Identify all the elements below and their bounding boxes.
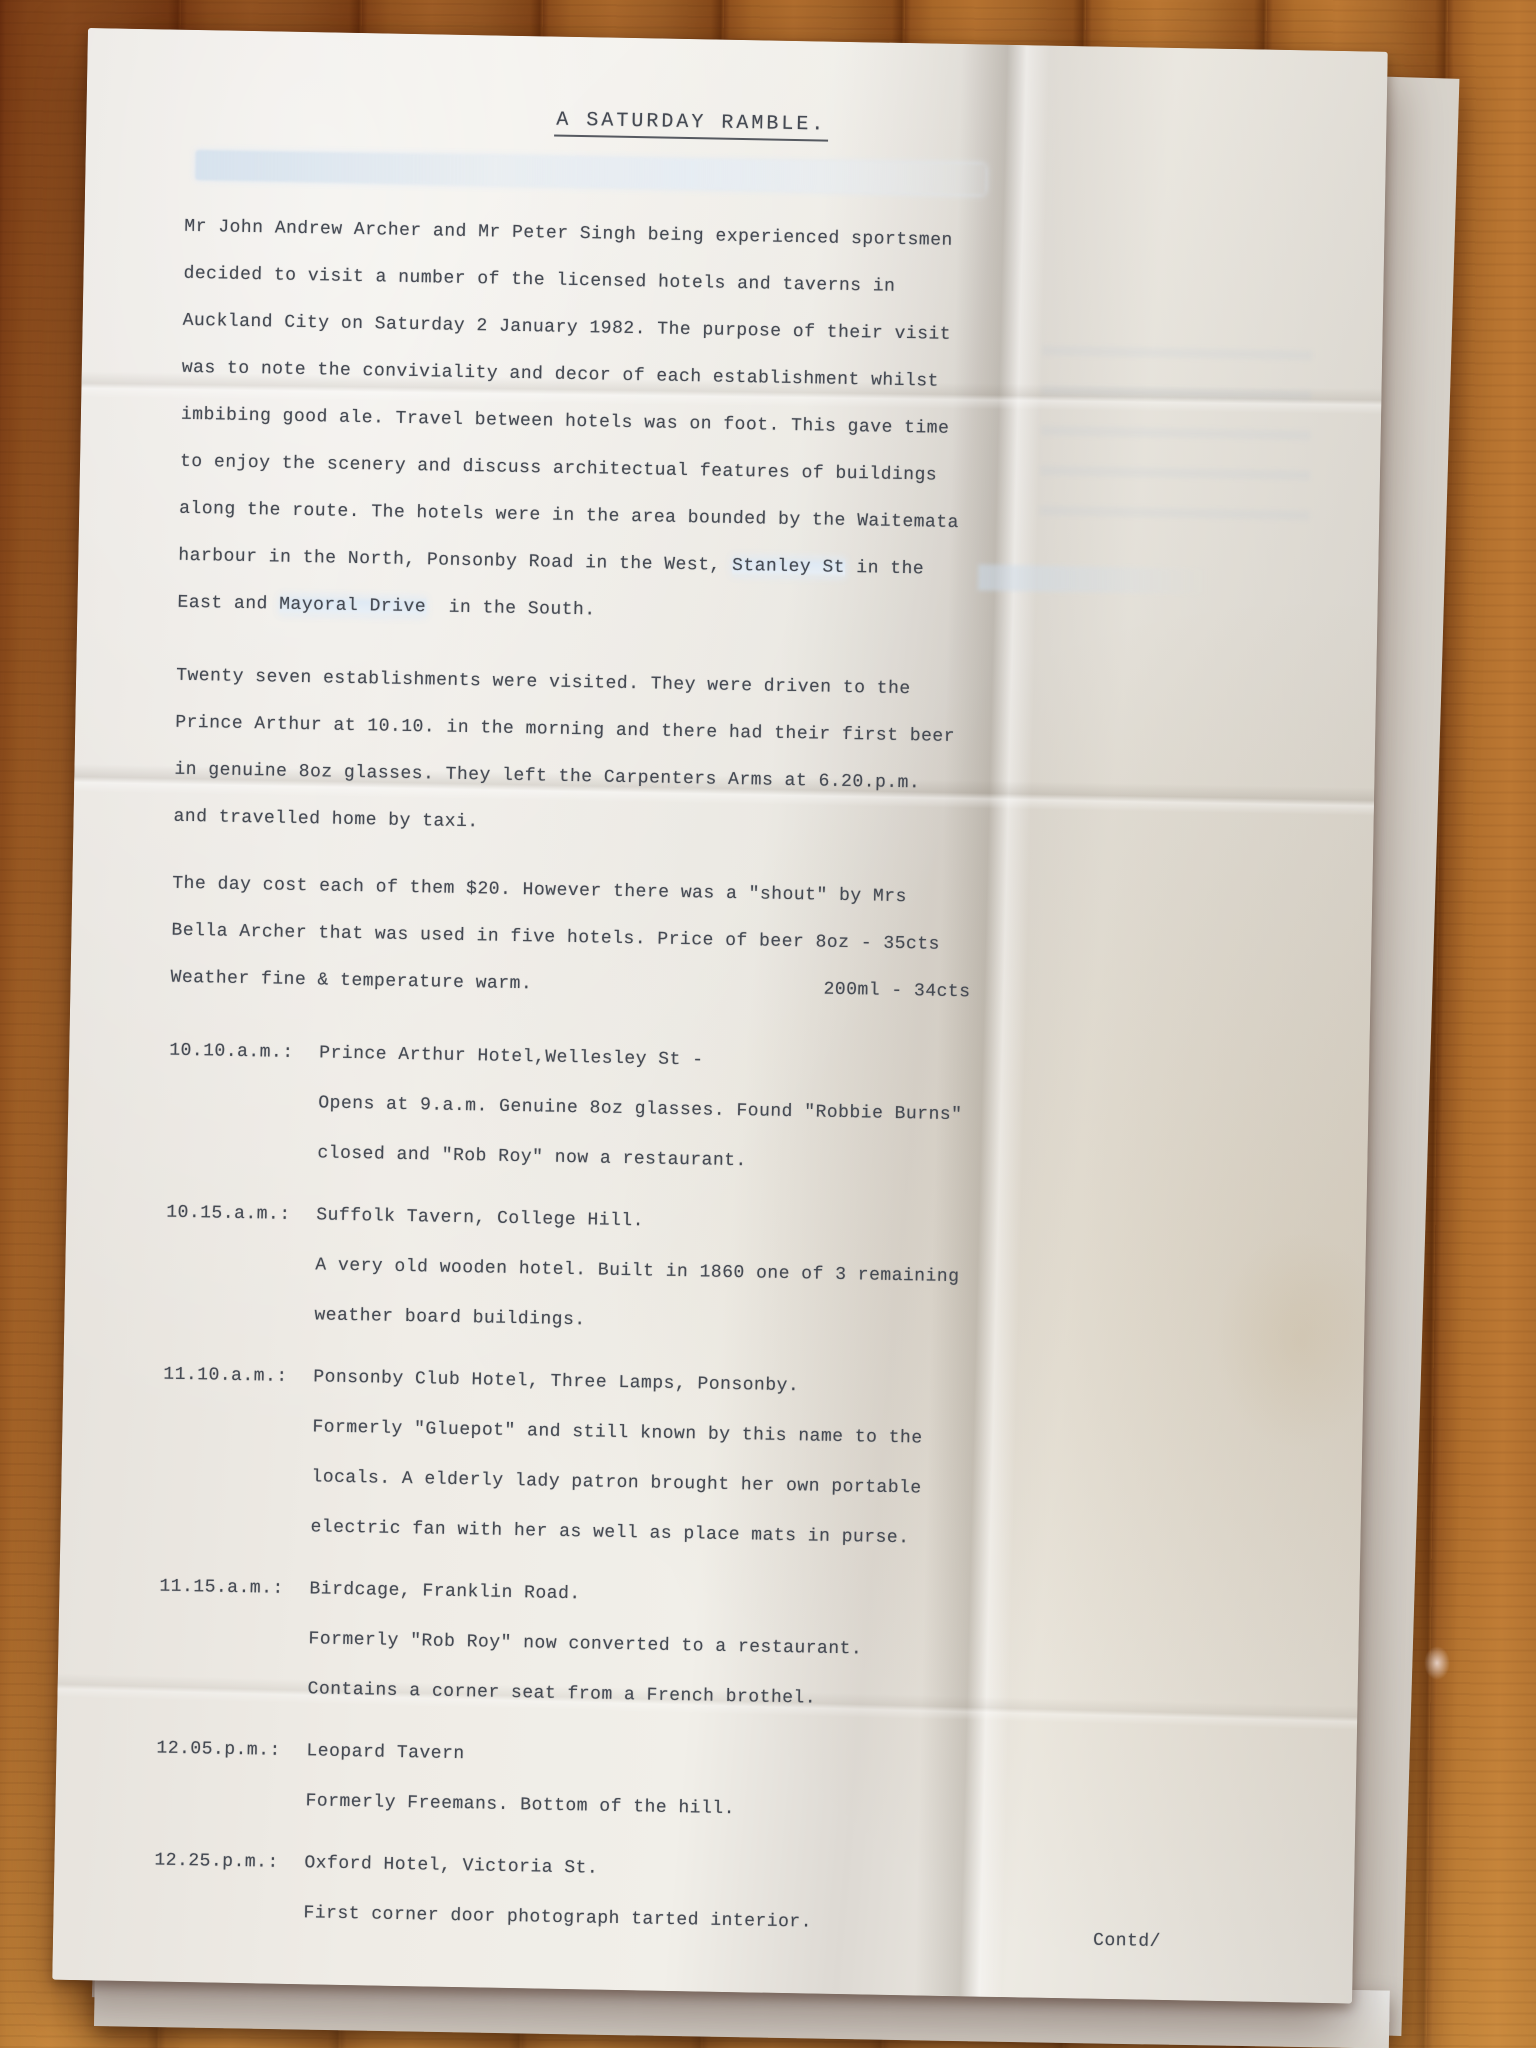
entry-note: Contains a corner seat from a French bro…	[307, 1664, 862, 1724]
ink-showthrough-smudge	[1039, 346, 1312, 521]
timeline-entry: 11.15.a.m.: Birdcage, Franklin Road. For…	[157, 1562, 960, 1727]
line-text: in the South.	[426, 597, 596, 620]
line-text: in the	[845, 558, 924, 579]
line-text: Weather fine & temperature warm.	[170, 955, 532, 1009]
line-text: harbour in the North, Ponsonby Road in t…	[178, 546, 732, 576]
whiteout-highlight: Stanley St	[732, 556, 845, 578]
intro-paragraph: Mr John Andrew Archer and Mr Peter Singh…	[177, 204, 985, 642]
line-text: East and	[177, 593, 279, 615]
entry-note: Formerly Freemans. Bottom of the hill.	[305, 1776, 735, 1834]
entry-note: electric fan with her as well as place m…	[310, 1502, 921, 1563]
second-paragraph: Twenty seven establishments were visited…	[173, 653, 976, 856]
timeline-entry: 12.05.p.m.: Leopard Tavern Formerly Free…	[155, 1724, 957, 1839]
entry-body: Prince Arthur Hotel,Wellesley St - Opens…	[317, 1028, 964, 1190]
entry-time: 12.25.p.m.:	[153, 1836, 305, 1939]
third-paragraph: The day cost each of them $20. However t…	[170, 861, 972, 1017]
itinerary-list: 10.10.a.m.: Prince Arthur Hotel,Wellesle…	[153, 1026, 970, 1951]
floor-speck	[1424, 1646, 1450, 1680]
entry-note: First corner door photograph tarted inte…	[303, 1888, 812, 1947]
typed-document-content: A SATURDAY RAMBLE. Mr John Andrew Archer…	[153, 96, 987, 1962]
entry-body: Leopard Tavern Formerly Freemans. Bottom…	[305, 1726, 736, 1834]
paper-sheet: A SATURDAY RAMBLE. Mr John Andrew Archer…	[52, 28, 1388, 2003]
timeline-entry: 12.25.p.m.: Oxford Hotel, Victoria St. F…	[153, 1836, 955, 1951]
entry-time: 10.15.a.m.:	[164, 1188, 317, 1341]
entry-body: Suffolk Tavern, College Hill. A very old…	[314, 1190, 961, 1352]
timeline-entry: 10.10.a.m.: Prince Arthur Hotel,Wellesle…	[167, 1026, 970, 1191]
entry-time: 10.10.a.m.:	[167, 1026, 320, 1179]
ink-showthrough-smudge	[978, 564, 1208, 594]
continuation-note: Contd/	[1093, 1931, 1161, 1952]
entry-time: 11.10.a.m.:	[160, 1350, 314, 1553]
entry-place: Leopard Tavern	[306, 1726, 736, 1784]
price-note: 200ml - 34cts	[823, 967, 971, 1017]
entry-time: 12.05.p.m.:	[155, 1724, 307, 1827]
whiteout-highlight: Mayoral Drive	[279, 595, 426, 618]
timeline-entry: 10.15.a.m.: Suffolk Tavern, College Hill…	[164, 1188, 967, 1353]
paper-stain	[1212, 1229, 1386, 1452]
title-row: A SATURDAY RAMBLE.	[186, 96, 987, 155]
entry-body: Birdcage, Franklin Road. Formerly "Rob R…	[307, 1564, 863, 1724]
entry-body: Oxford Hotel, Victoria St. First corner …	[303, 1838, 813, 1947]
whiteout-smudge	[195, 150, 985, 194]
entry-body: Ponsonby Club Hotel, Three Lamps, Ponson…	[310, 1352, 924, 1563]
page-title: A SATURDAY RAMBLE.	[554, 109, 829, 142]
entry-time: 11.15.a.m.:	[157, 1562, 310, 1715]
timeline-entry: 11.10.a.m.: Ponsonby Club Hotel, Three L…	[160, 1350, 964, 1565]
